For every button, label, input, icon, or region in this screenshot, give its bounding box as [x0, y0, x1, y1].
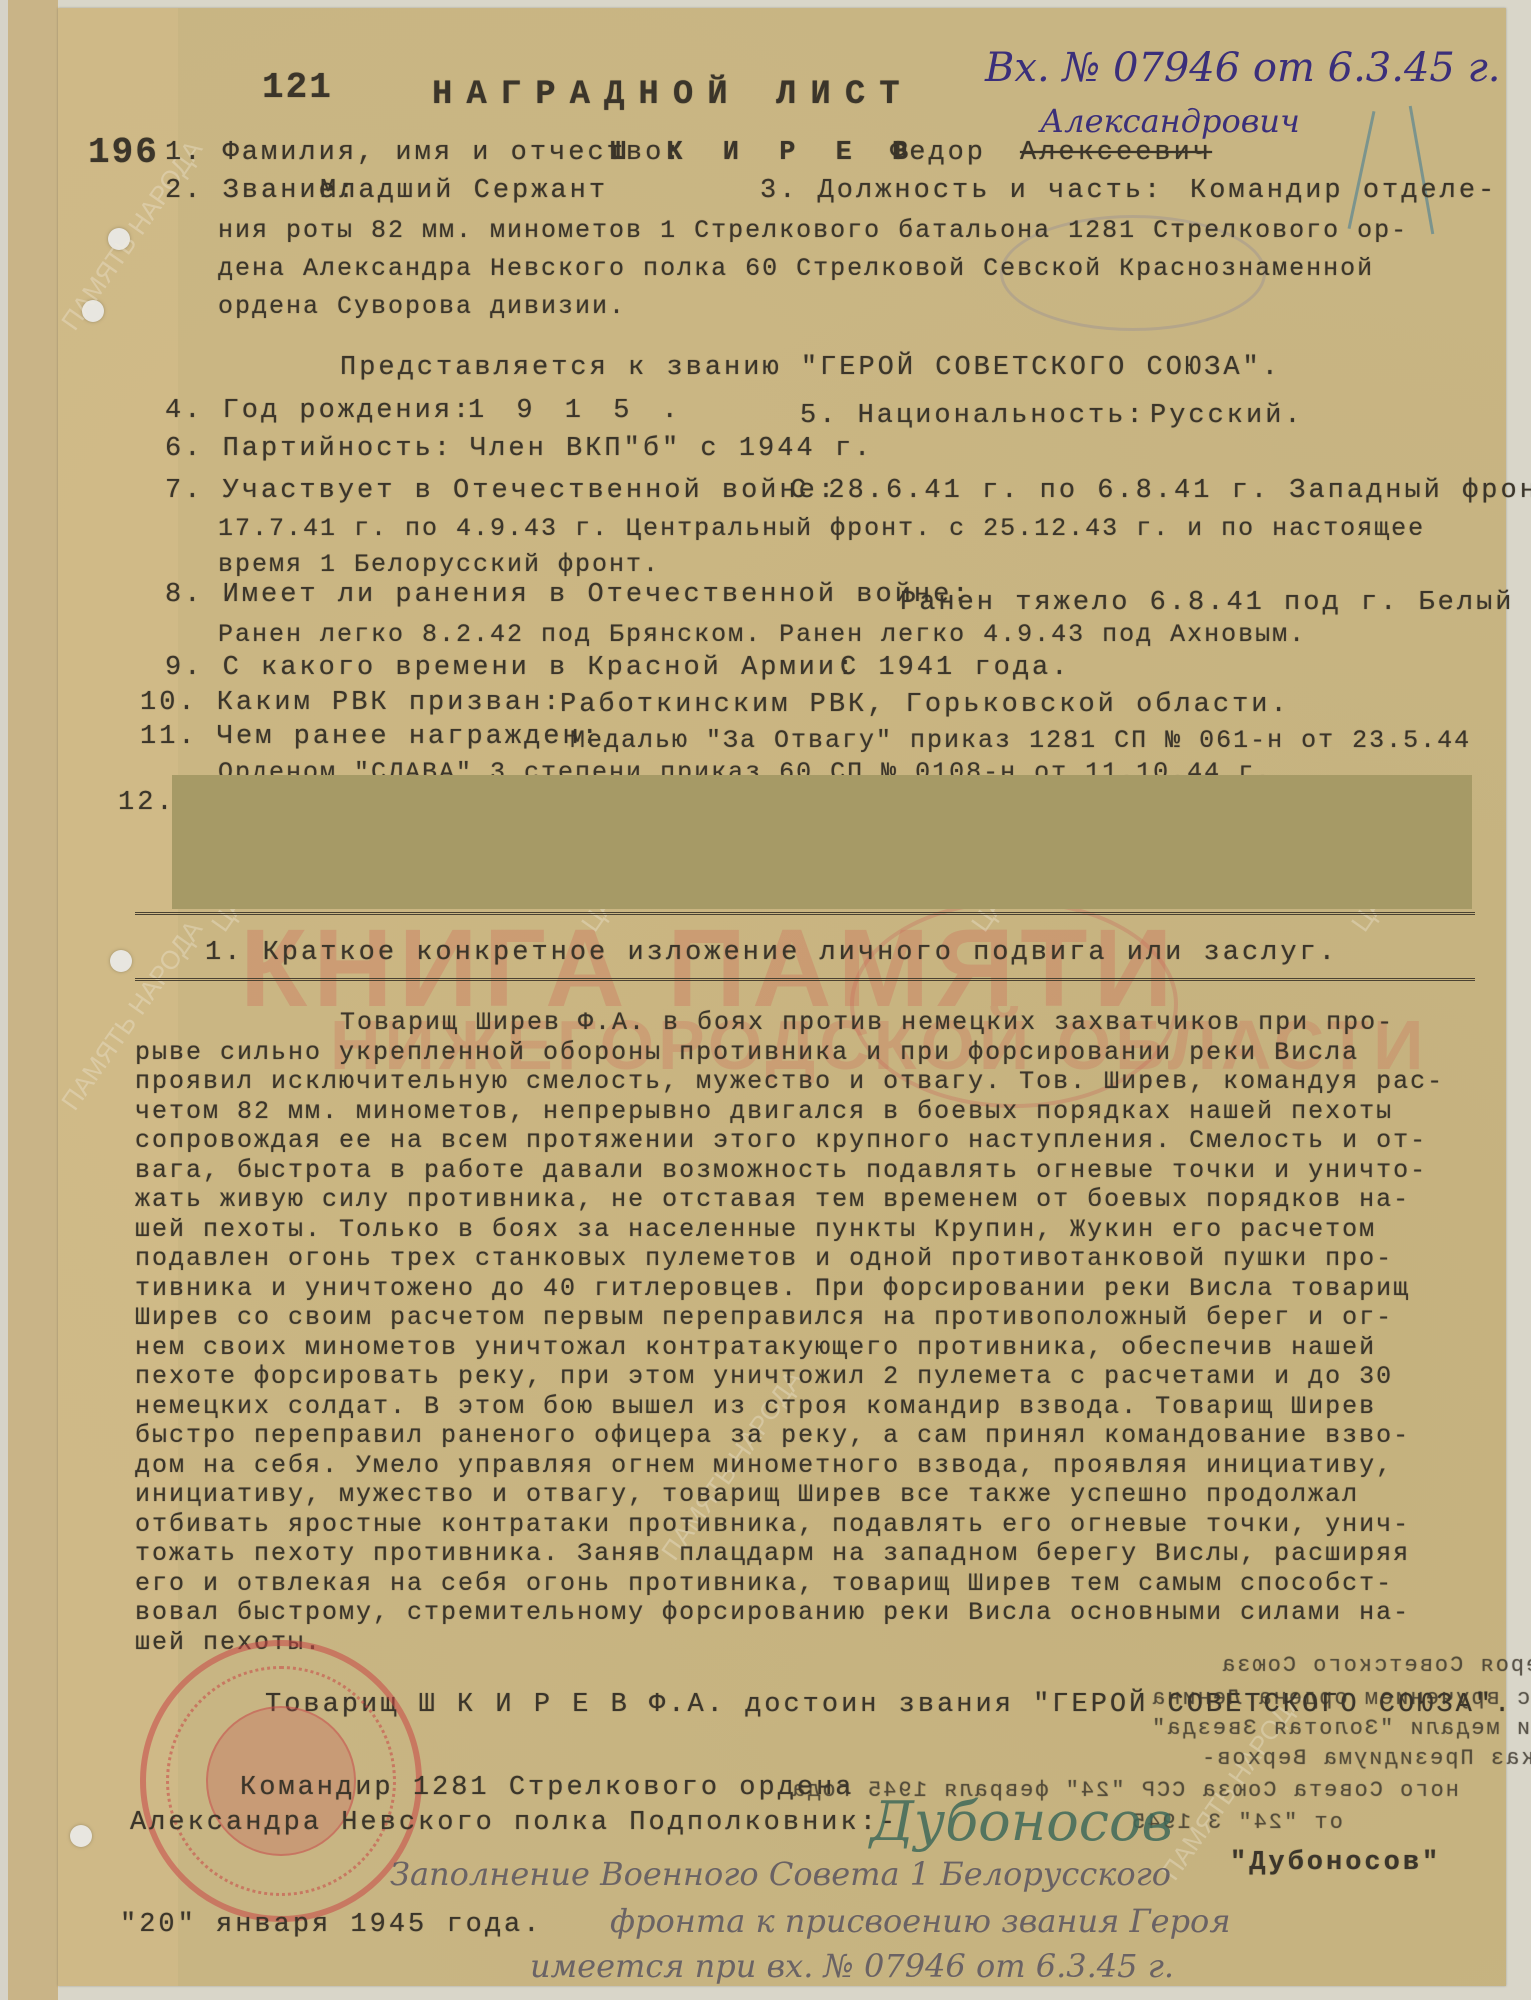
field-3-value-line4: ордена Суворова дивизии. [218, 294, 626, 319]
narrative-line: пехоте форсировать реку, при этом уничто… [135, 1364, 1393, 1389]
narrative-line: четом 82 мм. минометов, непрерывно двига… [135, 1099, 1393, 1124]
patronymic-correction: Александрович [1040, 105, 1300, 137]
narrative-line: дом на себя. Умело управляя огнем миноме… [135, 1453, 1393, 1478]
narrative-line: быстро переправил раненого офицера за ре… [135, 1423, 1410, 1448]
field-6-value: Член ВКП"б" с 1944 г. [470, 436, 873, 463]
field-12-label: 12. [118, 790, 176, 817]
field-7-line1: С 28.6.41 г. по 6.8.41 г. Западный фронт [790, 478, 1531, 505]
bleedthrough-line: и медали "Золотая Звезда" [1150, 1718, 1530, 1740]
field-4-label: 4. Год рождения: [165, 398, 472, 425]
handwritten-note-3: имеется при вх. № 07946 от 6.3.45 г. [530, 1950, 1174, 1982]
narrative-line: вовал быстрому, стремительному форсирова… [135, 1600, 1410, 1625]
signature-line2: Александра Невского полка Подполковник:- [130, 1810, 898, 1837]
list-number: 121 [262, 70, 333, 106]
narrative-line: шей пехоты. Только в боях за населенные … [135, 1217, 1376, 1242]
field-1-surname: Ш К И Р Е В [610, 140, 920, 167]
field-10-value: Работкинским РВК, Горьковской области. [560, 692, 1290, 719]
document-title: НАГРАДНОЙ ЛИСТ [432, 78, 914, 112]
commander-signature: Дубоносов [870, 1795, 1173, 1849]
field-7-line2: 17.7.41 г. по 4.9.43 г. Центральный фрон… [218, 516, 1425, 541]
handwritten-note-2: фронта к присвоению звания Героя [610, 1905, 1231, 1937]
field-3-value-line3: дена Александра Невского полка 60 Стрелк… [218, 256, 1374, 281]
field-7-label: 7. Участвует в Отечественной войне: [165, 478, 837, 505]
narrative-line: сопровождая ее на всем протяжении этого … [135, 1128, 1427, 1153]
narrative-line: Товарищ Ширев Ф.А. в боях против немецки… [340, 1010, 1394, 1035]
bleedthrough-line: Указ Президиума Верхов- [1200, 1748, 1531, 1770]
field-5-label: 5. Национальность: [800, 403, 1146, 430]
field-6-label: 6. Партийность: [165, 436, 453, 463]
field-11-line1: Медалью "За Отвагу" приказ 1281 СП № 061… [570, 728, 1471, 753]
field-3-label: 3. Должность и часть: [760, 178, 1163, 205]
narrative-line: отбивать яростные контратаки противника,… [135, 1512, 1410, 1537]
conclusion-statement: Товарищ Ш К И Р Е В Ф.А. достоин звания … [265, 1692, 1513, 1719]
narrative-line: проявил исключительную смелость, мужеств… [135, 1069, 1444, 1094]
incoming-registration-note: Вх. № 07946 от 6.3.45 г. [985, 48, 1501, 88]
signer-name: "Дубоносов" [1230, 1850, 1441, 1877]
punch-hole [110, 950, 132, 972]
field-8-label: 8. Имеет ли ранения в Отечественной войн… [165, 582, 972, 609]
narrative-line: нем своих минометов уничтожал контратаку… [135, 1335, 1376, 1360]
field-3-value-line1: Командир отделе- [1190, 178, 1497, 205]
field-4-value: 1 9 1 5 . [468, 398, 686, 425]
section-rule-bottom [135, 978, 1475, 981]
nomination-statement: Представляется к званию "ГЕРОЙ СОВЕТСКОГ… [340, 355, 1281, 382]
section-rule-top [135, 912, 1475, 915]
archive-page-number: 196 [88, 135, 159, 171]
field-2-value: Младший Сержант [320, 178, 608, 205]
narrative-line: тожать пехоту противника. Заняв плацдарм… [135, 1541, 1410, 1566]
narrative-line: его и отвлекая на себя огонь противника,… [135, 1571, 1393, 1596]
narrative-line: вага, быстрота в работе давали возможнос… [135, 1158, 1427, 1183]
field-3-value-line2: ния роты 82 мм. минометов 1 Стрелкового … [218, 218, 1408, 243]
punch-hole [70, 1825, 92, 1847]
handwritten-note-1: Заполнение Военного Совета 1 Белорусског… [390, 1858, 1171, 1890]
field-7-line3: время 1 Белорусский фронт. [218, 552, 660, 577]
narrative-line: жать живую силу противника, не отставая … [135, 1187, 1410, 1212]
narrative-line: подавлен огонь трех станковых пулеметов … [135, 1246, 1393, 1271]
narrative-line: Ширев со своим расчетом первым переправи… [135, 1305, 1393, 1330]
field-8-line1: Ранен тяжело 6.8.41 под г. Белый [900, 590, 1514, 617]
field-1-name: Федор [890, 140, 986, 167]
signature-line1: Командир 1281 Стрелкового ордена [240, 1775, 854, 1802]
field-9-label: 9. С какого времени в Красной Армии: [165, 655, 856, 682]
field-1-patronymic-struck: Алексеевич [1020, 140, 1212, 167]
field-1-label: 1. Фамилия, имя и отчество: [165, 140, 683, 167]
section-heading: 1. Краткое конкретное изложение личного … [205, 940, 1338, 967]
narrative-line: рыве сильно укрепленной обороны противни… [135, 1040, 1359, 1065]
field-9-value: С 1941 года. [840, 655, 1070, 682]
bleedthrough-line: Героя Советского Союза [1220, 1655, 1531, 1677]
field-8-line2: Ранен легко 8.2.42 под Брянском. Ранен л… [218, 622, 1306, 647]
field-5-value: Русский. [1150, 403, 1304, 430]
narrative-line: тивника и уничтожено до 40 гитлеровцев. … [135, 1276, 1410, 1301]
redacted-block [172, 775, 1472, 909]
narrative-line: инициативу, мужество и отвагу, товарищ Ш… [135, 1482, 1359, 1507]
field-10-label: 10. Каким РВК призван: [140, 690, 562, 717]
narrative-line: немецких солдат. В этом бою вышел из стр… [135, 1394, 1376, 1419]
field-11-label: 11. Чем ранее награжден: [140, 724, 601, 751]
signature-date: "20" января 1945 года. [120, 1912, 542, 1939]
